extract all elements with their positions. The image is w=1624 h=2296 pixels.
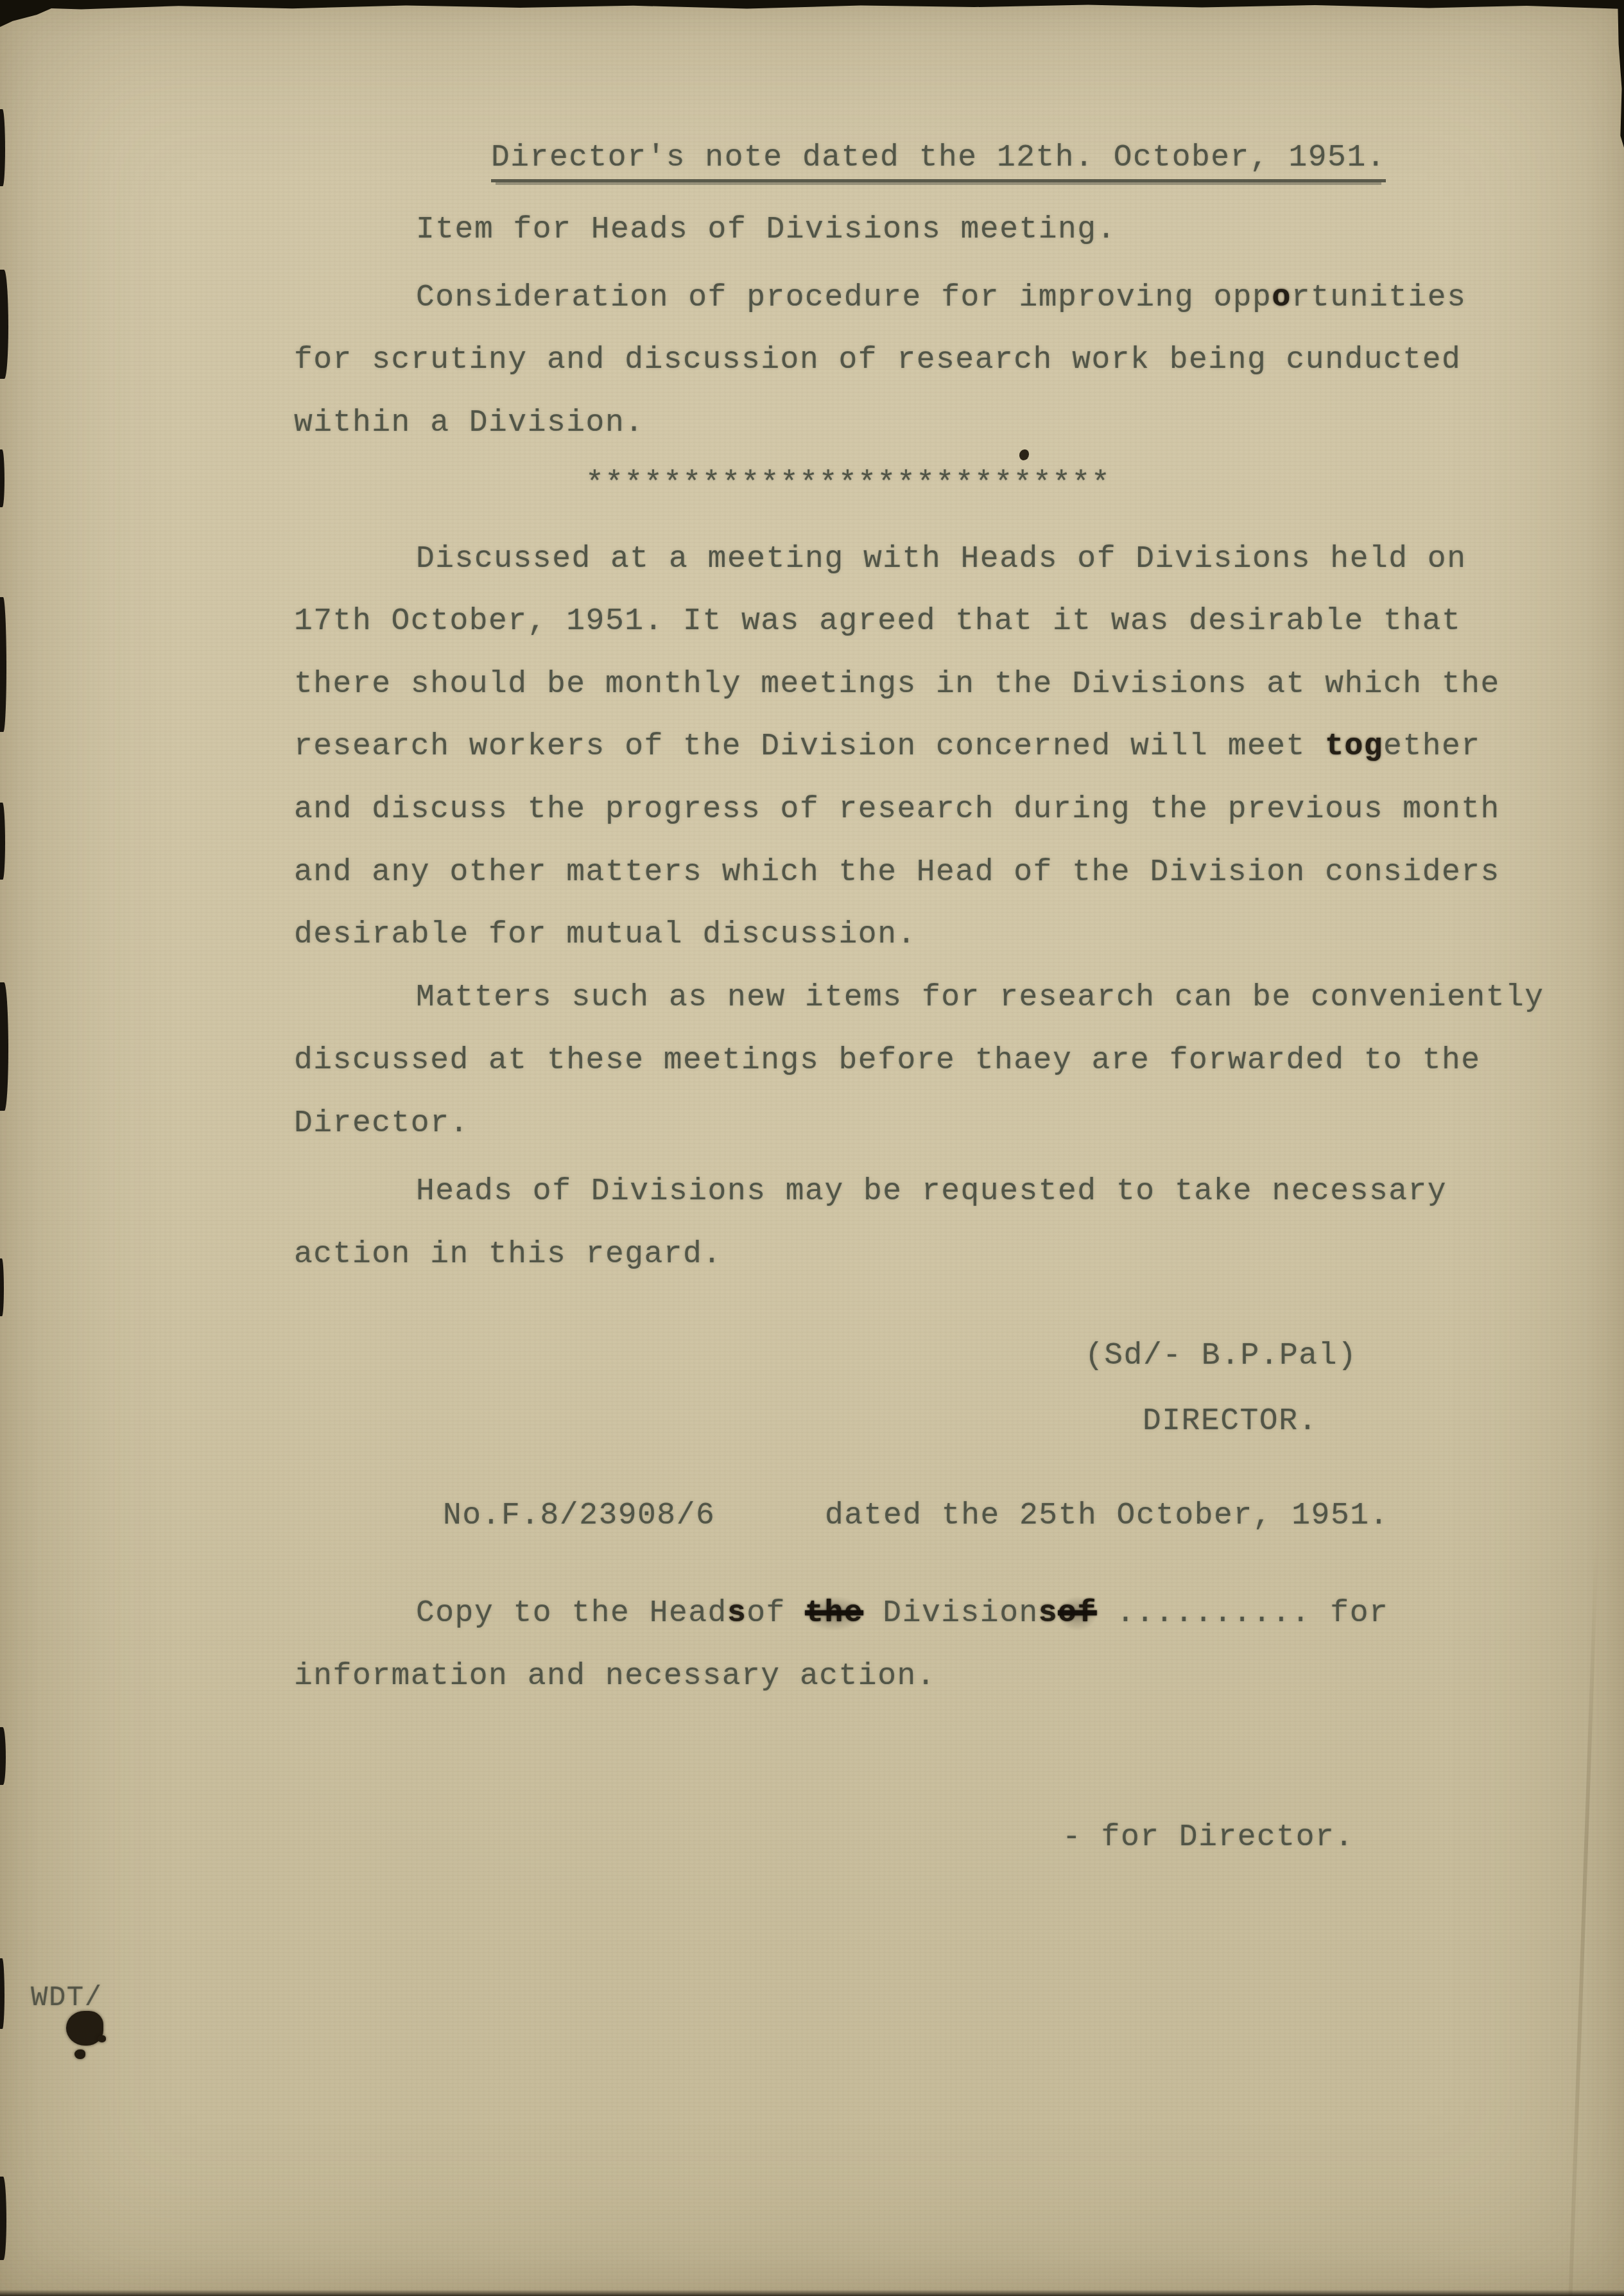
copy-line-c: Division — [863, 1596, 1039, 1631]
torn-edge-left-streak — [0, 449, 4, 507]
subject-line-1-text: Consideration of procedure for improving… — [416, 281, 1272, 315]
para3-line2: action in this regard. — [294, 1239, 722, 1270]
para1-line4: research workers of the Division concern… — [294, 731, 1481, 762]
para2-line3: Director. — [294, 1108, 469, 1139]
torn-edge-left-streak — [0, 1727, 6, 1785]
paper-edge-bottom — [0, 2290, 1624, 2296]
overstruck-s-2: s — [1039, 1596, 1058, 1631]
para2-line2: discussed at these meetings before thaey… — [294, 1045, 1481, 1076]
copy-line-d: .......... for — [1097, 1596, 1389, 1631]
document-scan: Director's note dated the 12th. October,… — [0, 0, 1624, 2296]
copy-line: Copy to the Headsof the Divisionsof ....… — [416, 1598, 1388, 1629]
struck-word-of: of — [1058, 1596, 1097, 1631]
subject-line-2: for scrutiny and discussion of research … — [294, 345, 1461, 376]
para3-line1: Heads of Divisions may be requested to t… — [416, 1176, 1447, 1207]
subject-line-3: within a Division. — [294, 408, 644, 439]
subject-line-1: Consideration of procedure for improving… — [416, 283, 1466, 313]
ink-blot-dot — [74, 2049, 85, 2059]
para1-line6: and any other matters which the Head of … — [294, 857, 1500, 888]
copy-line-b: of — [747, 1596, 805, 1631]
para1-line2: 17th October, 1951. It was agreed that i… — [294, 606, 1461, 637]
torn-edge-left-streak — [0, 1258, 4, 1316]
doc-title: Director's note dated the 12th. October,… — [491, 143, 1386, 182]
para1-line1: Discussed at a meeting with Heads of Div… — [416, 544, 1466, 575]
torn-edge-left-streak — [0, 803, 5, 880]
separator-line: *************************** — [585, 469, 1110, 500]
subject-line-1-rest: rtunities — [1291, 281, 1467, 315]
ref-number: No.F.8/23908/6 — [443, 1500, 715, 1531]
ref-date: dated the 25th October, 1951. — [825, 1500, 1389, 1531]
signature-sd: (Sd/- B.P.Pal) — [1085, 1341, 1357, 1371]
para1-line4-rest: ether — [1383, 729, 1481, 764]
copy-line-a: Copy to the Head — [416, 1596, 727, 1631]
torn-edge-left-streak — [0, 1958, 4, 2029]
paper-sheet: Director's note dated the 12th. October,… — [0, 0, 1624, 2296]
overstruck-s-1: s — [727, 1596, 747, 1631]
torn-edge-left-streak — [0, 2177, 6, 2260]
signature-role: DIRECTOR. — [1143, 1406, 1318, 1437]
for-director-line: - for Director. — [1062, 1822, 1354, 1853]
typist-initials: WDT/ — [31, 1984, 103, 2012]
para2-line1: Matters such as new items for research c… — [416, 982, 1544, 1013]
copy-line-2: information and necessary action. — [294, 1661, 936, 1692]
torn-edge-left-streak — [0, 270, 8, 379]
torn-edge-left-streak — [0, 109, 5, 186]
struck-word-the: the — [805, 1596, 863, 1631]
ink-blot-character: o — [1272, 281, 1291, 315]
para1-line3: there should be monthly meetings in the … — [294, 669, 1500, 700]
item-line: Item for Heads of Divisions meeting. — [416, 214, 1116, 245]
para1-line4-text: research workers of the Division concern… — [294, 729, 1325, 764]
para1-line5: and discuss the progress of research dur… — [294, 794, 1500, 825]
ink-blot-dot — [98, 2035, 106, 2042]
para1-line7: desirable for mutual discussion. — [294, 919, 917, 950]
ink-speck — [1019, 449, 1029, 460]
overstruck-letters: tog — [1325, 729, 1383, 764]
